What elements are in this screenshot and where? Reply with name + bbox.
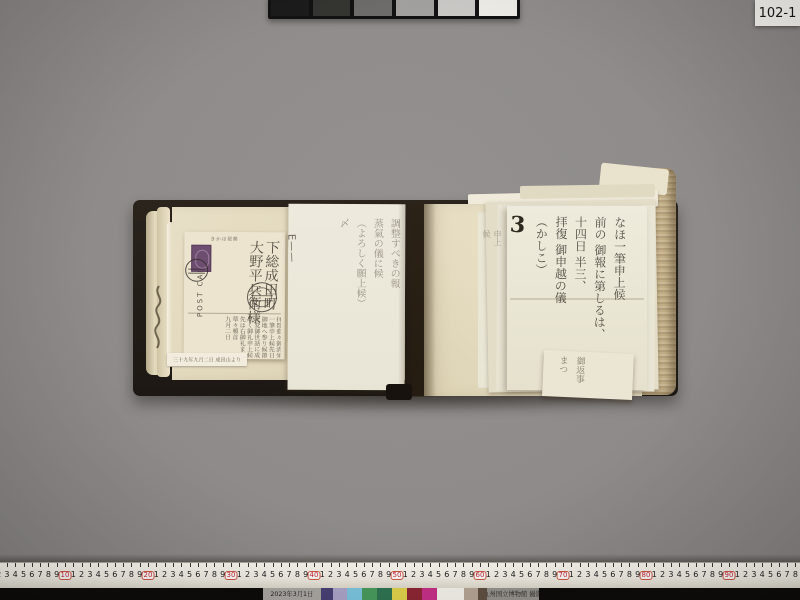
ruler-tick — [131, 563, 132, 567]
ruler-number: 8 — [544, 571, 549, 579]
ruler-number: 5 — [768, 571, 773, 579]
ruler-tick — [24, 563, 25, 567]
handwriting-column: 申上 — [492, 230, 503, 380]
ruler-tick — [513, 563, 514, 567]
ruler-tick — [679, 563, 680, 567]
ruler-number: 4 — [13, 571, 18, 579]
ruler-number: 6 — [112, 571, 117, 579]
ruler-tick — [414, 563, 415, 567]
ruler-tick — [57, 563, 58, 567]
ruler-number: 3 — [253, 571, 258, 579]
ruler-tick — [322, 563, 323, 567]
ruler-number: 3 — [4, 571, 9, 579]
ruler-tick — [347, 563, 348, 567]
slip-text: 三十九年九月二日 成田山より — [173, 356, 241, 364]
ruler-tick — [629, 563, 630, 567]
ruler-number: 2 — [494, 571, 499, 579]
color-patch — [347, 588, 362, 600]
ruler-tick — [356, 563, 357, 567]
ruler-number: 3 — [170, 571, 175, 579]
ruler-tick — [754, 563, 755, 567]
ruler-tick — [439, 563, 440, 567]
ruler-number-decade: 90 — [723, 571, 736, 580]
ruler-tick — [696, 563, 697, 567]
book-gutter-shadow — [398, 203, 436, 397]
ruler-tick — [497, 563, 498, 567]
ruler-number: 1 — [735, 571, 740, 579]
ruler-tick — [613, 563, 614, 567]
ruler-number: 4 — [760, 571, 765, 579]
handwriting-column: まつ — [555, 355, 570, 396]
ruler-number: 6 — [610, 571, 615, 579]
date-label-patch: 2023年3月1日 — [263, 588, 321, 600]
measuring-ruler: 2345678910123456789201234567893012345678… — [0, 562, 800, 589]
sheet-edge — [520, 184, 655, 199]
ruler-number: 5 — [270, 571, 275, 579]
ruler-tick — [98, 563, 99, 567]
ruler-tick — [638, 563, 639, 567]
ruler-tick — [32, 563, 33, 567]
ruler-number: 5 — [21, 571, 26, 579]
ruler-tick — [364, 563, 365, 567]
ruler-number: 4 — [345, 571, 350, 579]
ruler-number: 4 — [96, 571, 101, 579]
ruler-tick — [256, 563, 257, 567]
ruler-number: 8 — [627, 571, 632, 579]
ruler-number: 6 — [361, 571, 366, 579]
ruler-number: 8 — [129, 571, 134, 579]
ruler-number: 5 — [187, 571, 192, 579]
ruler-tick — [15, 563, 16, 567]
ruler-tick — [181, 563, 182, 567]
handwriting-column: 御地へ参り候節 — [260, 316, 267, 359]
ruler-number: 4 — [677, 571, 682, 579]
ruler-number-decade: 20 — [142, 571, 155, 580]
ruler-tick — [40, 563, 41, 567]
ruler-number: 8 — [295, 571, 300, 579]
color-patch — [464, 588, 478, 600]
ruler-number: 2 — [162, 571, 167, 579]
ruler-number: 5 — [104, 571, 109, 579]
ruler-tick — [430, 563, 431, 567]
ruler-tick — [729, 563, 730, 567]
ruler-tick — [48, 563, 49, 567]
ruler-tick — [779, 563, 780, 567]
handwriting-column: 大変御世話に成 — [252, 316, 259, 359]
ruler-tick — [480, 563, 481, 567]
handwriting-column: 蒸氣の儀に候 — [371, 218, 383, 378]
ruler-number: 8 — [46, 571, 51, 579]
ruler-tick — [563, 563, 564, 567]
color-patch — [333, 588, 347, 600]
ruler-number-decade: 60 — [474, 571, 487, 580]
color-patch — [362, 588, 377, 600]
ruler-tick — [223, 563, 224, 567]
ruler-number-decade: 50 — [391, 571, 404, 580]
pasted-letter: 調整すべきの報蒸氣の儀に候（よろしく願上候）〆 E—— — [288, 204, 406, 391]
ruler-tick — [115, 563, 116, 567]
ruler-number: 6 — [444, 571, 449, 579]
ruler-number: 7 — [785, 571, 790, 579]
ruler-tick — [206, 563, 207, 567]
ruler-tick — [555, 563, 556, 567]
ruler-tick — [397, 563, 398, 567]
ruler-tick — [646, 563, 647, 567]
ruler-number: 6 — [527, 571, 532, 579]
ruler-number: 7 — [453, 571, 458, 579]
ruler-number: 5 — [436, 571, 441, 579]
ruler-tick — [339, 563, 340, 567]
ruler-number: 7 — [38, 571, 43, 579]
ruler-number: 7 — [619, 571, 624, 579]
ruler-tick — [472, 563, 473, 567]
postcard-printed-header: きかは便郵 — [210, 235, 238, 242]
ruler-tick — [795, 563, 796, 567]
color-patch — [407, 588, 422, 600]
ruler-tick — [422, 563, 423, 567]
ruler-tick — [65, 563, 66, 567]
paper-slip: 三十九年九月二日 成田山より — [167, 353, 247, 366]
ruler-tick — [671, 563, 672, 567]
ruler-tick — [190, 563, 191, 567]
ruler-tick — [380, 563, 381, 567]
ruler-tick — [605, 563, 606, 567]
ruler-number: 5 — [602, 571, 607, 579]
ruler-number: 2 — [245, 571, 250, 579]
ruler-number: 5 — [685, 571, 690, 579]
ruler-tick — [488, 563, 489, 567]
book-gutter-notch — [386, 384, 412, 400]
grayscale-patch — [354, 0, 392, 16]
grayscale-patch — [479, 0, 517, 16]
ruler-number: 4 — [262, 571, 267, 579]
ruler-tick — [746, 563, 747, 567]
ruler-number: 2 — [660, 571, 665, 579]
ruler-tick — [538, 563, 539, 567]
handwriting-column: 御返事 — [572, 356, 587, 397]
fore-edge-scribble — [149, 282, 171, 352]
ruler-tick — [214, 563, 215, 567]
ruler-tick — [571, 563, 572, 567]
handwriting-column: 一筆申上候先日 — [267, 316, 274, 359]
ruler-tick — [231, 563, 232, 567]
ruler-number: 4 — [428, 571, 433, 579]
ruler-tick — [787, 563, 788, 567]
ruler-tick — [173, 563, 174, 567]
ruler-number-decade: 70 — [557, 571, 570, 580]
ruler-tick — [140, 563, 141, 567]
ruler-number: 3 — [419, 571, 424, 579]
date-label: 2023年3月1日 — [271, 590, 314, 599]
letter-handwriting: 調整すべきの報蒸氣の儀に候（よろしく願上候）〆 — [337, 218, 400, 378]
ruler-tick — [289, 563, 290, 567]
ruler-number: 6 — [195, 571, 200, 579]
ruler-tick — [580, 563, 581, 567]
credit-label-patch: 九州国立博物館 撮影 — [487, 588, 539, 600]
color-calibration-strip: 2023年3月1日 九州国立博物館 撮影 — [0, 588, 800, 600]
ruler-tick — [306, 563, 307, 567]
ruler-tick — [505, 563, 506, 567]
ruler-number: 2 — [0, 571, 1, 579]
ruler-tick — [331, 563, 332, 567]
handwriting-column: 〆 — [337, 218, 349, 378]
ruler-tick — [455, 563, 456, 567]
ruler-number: 1 — [569, 571, 574, 579]
ruler-tick — [712, 563, 713, 567]
ruler-number-decade: 10 — [59, 571, 72, 580]
ruler-number: 1 — [237, 571, 242, 579]
ruler-tick — [463, 563, 464, 567]
ruler-number: 1 — [320, 571, 325, 579]
ruler-tick — [688, 563, 689, 567]
ruler-tick — [372, 563, 373, 567]
ruler-number: 6 — [776, 571, 781, 579]
ruler-number: 1 — [652, 571, 657, 579]
photograph-stage: きかは便郵 POST CARD 下総成田町大野平兵衛様 拝啓愈々御清栄一筆申上候… — [0, 0, 800, 600]
ruler-number: 7 — [702, 571, 707, 579]
ruler-number: 8 — [461, 571, 466, 579]
ruler-number: 3 — [585, 571, 590, 579]
ruler-number: 2 — [411, 571, 416, 579]
ruler-tick — [165, 563, 166, 567]
ruler-tick — [297, 563, 298, 567]
letter-calligraphy-faint: 申上候 — [481, 230, 503, 380]
ruler-tick — [447, 563, 448, 567]
ruler-number: 6 — [29, 571, 34, 579]
ruler-tick — [123, 563, 124, 567]
ruler-tick — [546, 563, 547, 567]
letter-calligraphy-bottom: 御返事まつ — [555, 355, 587, 396]
color-patch — [377, 588, 392, 600]
ruler-number: 5 — [353, 571, 358, 579]
photo-id-label: 102-1 — [755, 0, 800, 26]
ruler-tick — [596, 563, 597, 567]
handwriting-column: 前の 御報に第しるは、 — [592, 216, 606, 384]
grayscale-calibration-bar — [268, 0, 520, 19]
ruler-tick — [530, 563, 531, 567]
ruler-tick — [7, 563, 8, 567]
postmark-icon — [185, 259, 208, 282]
ruler-number: 7 — [121, 571, 126, 579]
ruler-number: 4 — [594, 571, 599, 579]
ruler-tick — [314, 563, 315, 567]
ruler-tick — [522, 563, 523, 567]
ruler-number: 3 — [336, 571, 341, 579]
handwriting-column: 候 — [481, 230, 492, 380]
ruler-tick — [107, 563, 108, 567]
grayscale-patch — [271, 0, 309, 16]
ruler-tick — [762, 563, 763, 567]
ruler-number: 1 — [486, 571, 491, 579]
ruler-tick — [654, 563, 655, 567]
ruler-tick — [82, 563, 83, 567]
ruler-tick — [389, 563, 390, 567]
grayscale-patch — [396, 0, 434, 16]
ruler-tick — [90, 563, 91, 567]
ruler-tick — [721, 563, 722, 567]
handwriting-column: 拝啓愈々御清栄 — [274, 316, 281, 359]
ruler-tick — [621, 563, 622, 567]
ruler-number: 6 — [693, 571, 698, 579]
ruler-number: 4 — [179, 571, 184, 579]
ruler-tick — [264, 563, 265, 567]
ruler-tick — [148, 563, 149, 567]
ruler-number: 5 — [519, 571, 524, 579]
ruler-number: 2 — [79, 571, 84, 579]
ruler-number: 3 — [502, 571, 507, 579]
ruler-tick — [239, 563, 240, 567]
ruler-tick — [73, 563, 74, 567]
postcard: きかは便郵 POST CARD 下総成田町大野平兵衛様 拝啓愈々御清栄一筆申上候… — [184, 232, 286, 360]
ruler-number: 7 — [370, 571, 375, 579]
ruler-tick — [156, 563, 157, 567]
grayscale-patch — [313, 0, 351, 16]
color-patch — [422, 588, 437, 600]
ruler-number: 2 — [328, 571, 333, 579]
grayscale-patch — [438, 0, 476, 16]
color-patch — [321, 588, 333, 600]
page-number-mark: 3 — [509, 211, 526, 238]
letter-mark: E—— — [285, 234, 297, 264]
ruler-number: 1 — [403, 571, 408, 579]
ruler-number: 1 — [154, 571, 159, 579]
ruler-tick — [771, 563, 772, 567]
ruler-tick — [198, 563, 199, 567]
handwriting-column: （よろしく願上候） — [354, 218, 366, 378]
ruler-tick — [588, 563, 589, 567]
ruler-number: 7 — [536, 571, 541, 579]
handwriting-column: なほ一筆申上候 — [611, 216, 625, 384]
ruler-number: 8 — [212, 571, 217, 579]
credit-label: 九州国立博物館 撮影 — [487, 590, 539, 599]
ruler-number: 1 — [71, 571, 76, 579]
ruler-tick — [663, 563, 664, 567]
ruler-number: 8 — [793, 571, 798, 579]
handwriting-column: （かしこ） — [533, 216, 547, 384]
ruler-number: 4 — [511, 571, 516, 579]
color-patch — [437, 588, 464, 600]
ruler-number: 3 — [668, 571, 673, 579]
ruler-tick — [281, 563, 282, 567]
ruler-tick — [248, 563, 249, 567]
ruler-tick — [405, 563, 406, 567]
ruler-number: 2 — [577, 571, 582, 579]
ruler-number: 7 — [204, 571, 209, 579]
ruler-tick — [273, 563, 274, 567]
ruler-number: 6 — [278, 571, 283, 579]
ruler-number-decade: 80 — [640, 571, 653, 580]
color-patch — [478, 588, 487, 600]
color-patch — [392, 588, 407, 600]
ruler-number-decade: 30 — [225, 571, 238, 580]
ruler-number: 3 — [751, 571, 756, 579]
ruler-number: 3 — [87, 571, 92, 579]
ruler-tick — [704, 563, 705, 567]
ruler-number-decade: 40 — [308, 571, 321, 580]
ruler-number: 8 — [378, 571, 383, 579]
ruler-tick — [737, 563, 738, 567]
ruler-number: 7 — [287, 571, 292, 579]
ruler-number: 2 — [743, 571, 748, 579]
ruler-number: 8 — [710, 571, 715, 579]
